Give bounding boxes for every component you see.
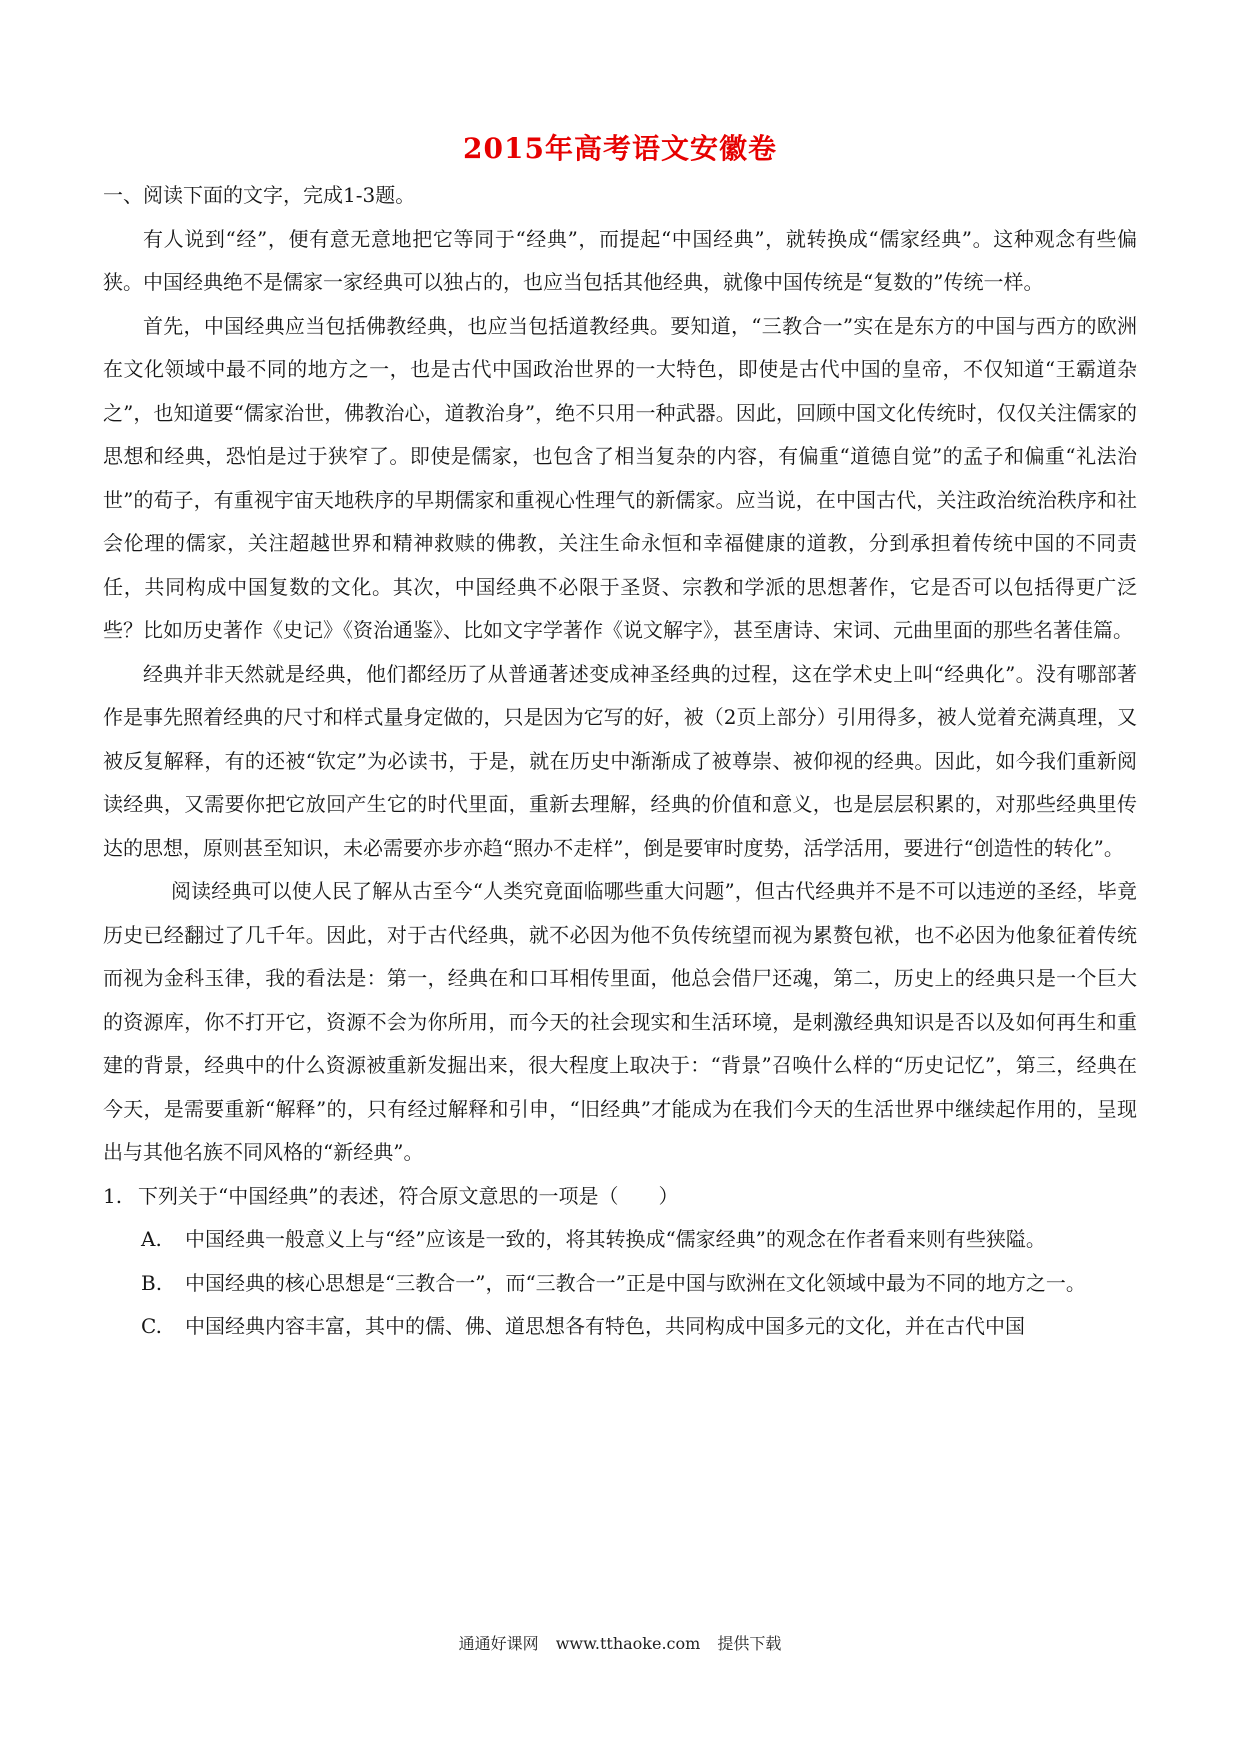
passage-paragraph-4: 阅读经典可以使人民了解从古至今“人类究竟面临哪些重大问题”，但古代经典并不是不可… bbox=[103, 870, 1137, 1175]
option-c-text: 中国经典内容丰富，其中的儒、佛、道思想各有特色，共同构成中国多元的文化，并在古代… bbox=[185, 1305, 1137, 1349]
question-1-option-a: A. 中国经典一般意义上与“经”应该是一致的，将其转换成“儒家经典”的观念在作者… bbox=[103, 1218, 1137, 1262]
footer-url: www.tthaoke.com bbox=[556, 1634, 701, 1653]
page-footer: 通通好课网 www.tthaoke.com 提供下载 bbox=[0, 1634, 1240, 1654]
passage-paragraph-2: 首先，中国经典应当包括佛教经典，也应当包括道教经典。要知道，“三教合一”实在是东… bbox=[103, 305, 1137, 653]
footer-download-note: 提供下载 bbox=[717, 1634, 781, 1653]
question-1-stem: 下列关于“中国经典”的表述，符合原文意思的一项是（ ） bbox=[138, 1175, 1137, 1219]
question-1-option-b: B. 中国经典的核心思想是“三教合一”，而“三教合一”正是中国与欧洲在文化领域中… bbox=[103, 1262, 1137, 1306]
option-c-label: C. bbox=[141, 1305, 185, 1349]
passage-paragraph-3: 经典并非天然就是经典，他们都经历了从普通著述变成神圣经典的过程，这在学术史上叫“… bbox=[103, 653, 1137, 871]
option-a-label: A. bbox=[141, 1218, 185, 1262]
page-content: 2015年高考语文安徽卷 一、阅读下面的文字，完成1-3题。 有人说到“经”，便… bbox=[103, 130, 1137, 1349]
page-title: 2015年高考语文安徽卷 bbox=[103, 130, 1137, 168]
option-b-label: B. bbox=[141, 1262, 185, 1306]
question-1-number: 1. bbox=[103, 1175, 138, 1219]
option-a-text: 中国经典一般意义上与“经”应该是一致的，将其转换成“儒家经典”的观念在作者看来则… bbox=[185, 1218, 1137, 1262]
question-1-option-c: C. 中国经典内容丰富，其中的儒、佛、道思想各有特色，共同构成中国多元的文化，并… bbox=[103, 1305, 1137, 1349]
exam-document-page: 2015年高考语文安徽卷 一、阅读下面的文字，完成1-3题。 有人说到“经”，便… bbox=[0, 0, 1240, 1754]
option-b-text: 中国经典的核心思想是“三教合一”，而“三教合一”正是中国与欧洲在文化领域中最为不… bbox=[185, 1262, 1137, 1306]
footer-site-name: 通通好课网 bbox=[459, 1634, 539, 1653]
question-1: 1. 下列关于“中国经典”的表述，符合原文意思的一项是（ ） bbox=[103, 1175, 1137, 1219]
section-heading: 一、阅读下面的文字，完成1-3题。 bbox=[103, 174, 1137, 218]
passage-paragraph-1: 有人说到“经”，便有意无意地把它等同于“经典”，而提起“中国经典”，就转换成“儒… bbox=[103, 218, 1137, 305]
